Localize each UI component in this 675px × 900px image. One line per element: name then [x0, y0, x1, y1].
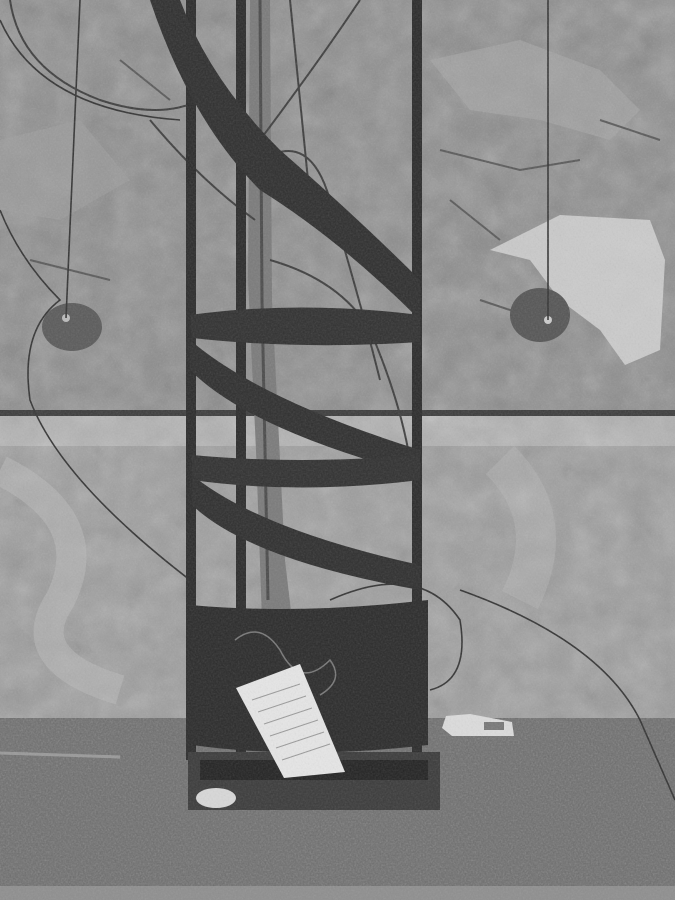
film-grain: [0, 0, 675, 900]
photo-scene: [0, 0, 675, 900]
